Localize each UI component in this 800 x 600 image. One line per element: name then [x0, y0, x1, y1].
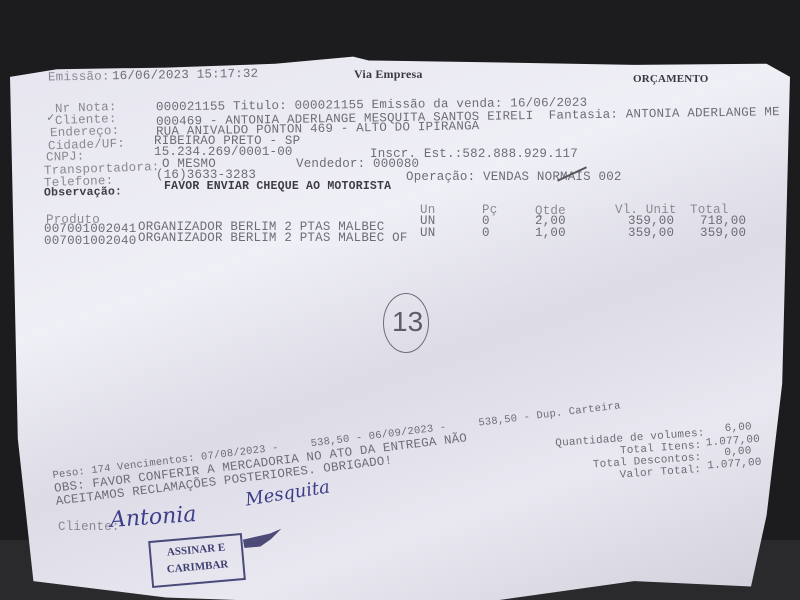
observacao-label: Observação: [44, 185, 122, 199]
operacao-value: Operação: VENDAS NORMAIS 002 [406, 170, 622, 184]
via-empresa-title: Via Empresa [354, 67, 423, 82]
handwritten-circled-number: 13 [383, 293, 429, 353]
row-pc: 0 [482, 226, 490, 240]
row-descricao: ORGANIZADOR BERLIM 2 PTAS MALBEC OF [138, 231, 408, 245]
emissao-label: Emissão: [48, 69, 110, 84]
checkmark-icon: ✓ [47, 110, 54, 125]
emissao-value: 16/06/2023 15:17:32 [112, 67, 259, 84]
row-total: 359,00 [700, 226, 746, 240]
sign-and-stamp-mark: ASSINAR E CARIMBAR [148, 533, 246, 588]
qtd-volumes-value: 6,00 [724, 421, 752, 435]
row-qtde: 1,00 [535, 226, 566, 240]
row-vl-unit: 359,00 [628, 226, 674, 240]
row-un: UN [420, 226, 435, 240]
observacao-value: FAVOR ENVIAR CHEQUE AO MOTORISTA [164, 180, 391, 193]
doc-type-title: ORÇAMENTO [633, 73, 709, 85]
vendedor-value: Vendedor: 000080 [296, 157, 419, 171]
row-codigo: 007001002040 [44, 234, 136, 248]
